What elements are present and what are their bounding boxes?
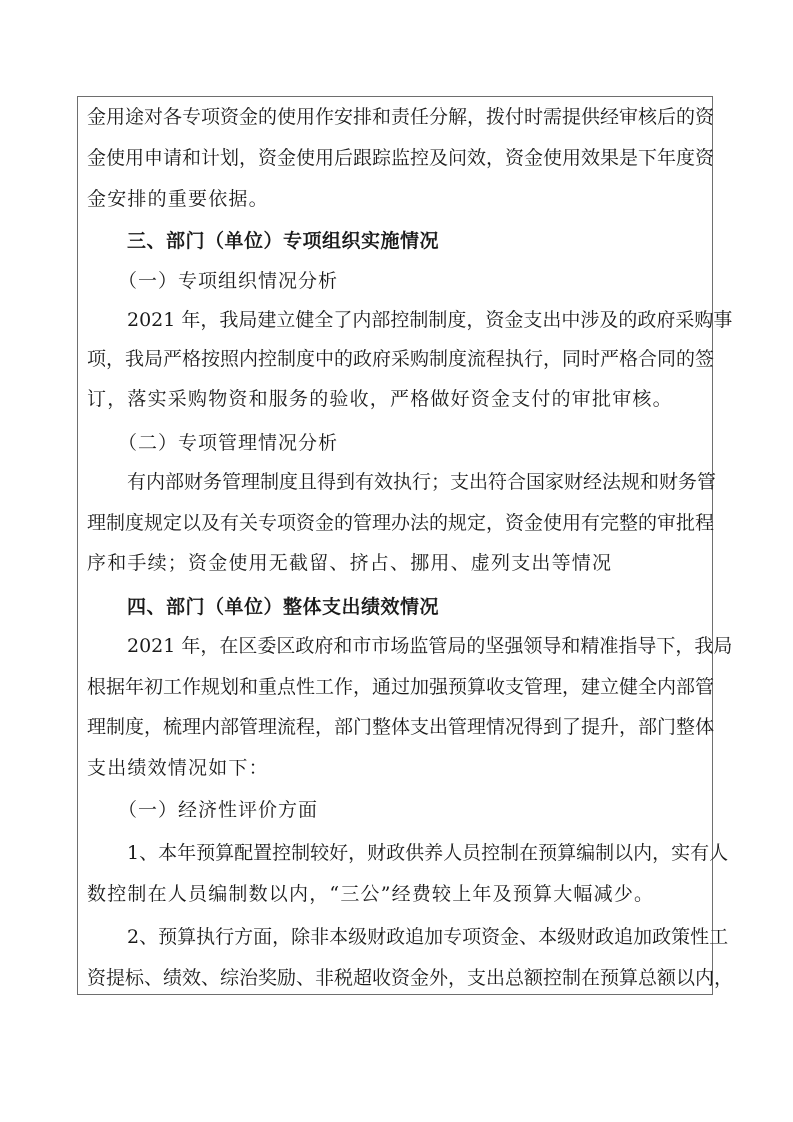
paragraph-line: 理制度规定以及有关专项资金的管理办法的规定，资金使用有完整的审批程 — [87, 510, 705, 536]
paragraph-line: 金使用申请和计划，资金使用后跟踪监控及问效，资金使用效果是下年度资 — [87, 145, 705, 171]
paragraph-line: 根据年初工作规划和重点性工作，通过加强预算收支管理，建立健全内部管 — [87, 674, 705, 700]
section-heading-4: 四、部门（单位）整体支出绩效情况 — [127, 594, 745, 620]
paragraph-line: 2021 年，我局建立健全了内部控制制度，资金支出中涉及的政府采购事 — [127, 307, 705, 333]
paragraph-line: 金安排的重要依据。 — [87, 186, 705, 212]
list-item-line: 1、本年预算配置控制较好，财政供养人员控制在预算编制以内，实有人 — [127, 840, 705, 866]
list-item-line: 2、预算执行方面，除非本级财政追加专项资金、本级财政追加政策性工 — [127, 924, 705, 950]
subsection-heading: （二）专项管理情况分析 — [118, 430, 736, 456]
list-item-line: 数控制在人员编制数以内，“三公”经费较上年及预算大幅减少。 — [87, 881, 705, 907]
paragraph-line: 序和手续；资金使用无截留、挤占、挪用、虚列支出等情况 — [87, 550, 705, 576]
paragraph-line: 理制度，梳理内部管理流程，部门整体支出管理情况得到了提升，部门整体 — [87, 714, 705, 740]
subsection-heading: （一）专项组织情况分析 — [118, 268, 736, 294]
paragraph-line: 金用途对各专项资金的使用作安排和责任分解，拨付时需提供经审核后的资 — [87, 104, 705, 130]
paragraph-line: 支出绩效情况如下： — [87, 755, 705, 781]
paragraph-line: 订，落实采购物资和服务的验收，严格做好资金支付的审批审核。 — [87, 386, 705, 412]
paragraph-line: 2021 年，在区委区政府和市市场监管局的坚强领导和精准指导下，我局 — [127, 633, 705, 659]
list-item-line: 资提标、绩效、综治奖励、非税超收资金外，支出总额控制在预算总额以内， — [87, 965, 705, 991]
subsection-heading: （一）经济性评价方面 — [118, 797, 736, 823]
paragraph-line: 项，我局严格按照内控制度中的政府采购制度流程执行，同时严格合同的签 — [87, 346, 705, 372]
section-heading-3: 三、部门（单位）专项组织实施情况 — [127, 228, 745, 254]
paragraph-line: 有内部财务管理制度且得到有效执行；支出符合国家财经法规和财务管 — [127, 469, 705, 495]
